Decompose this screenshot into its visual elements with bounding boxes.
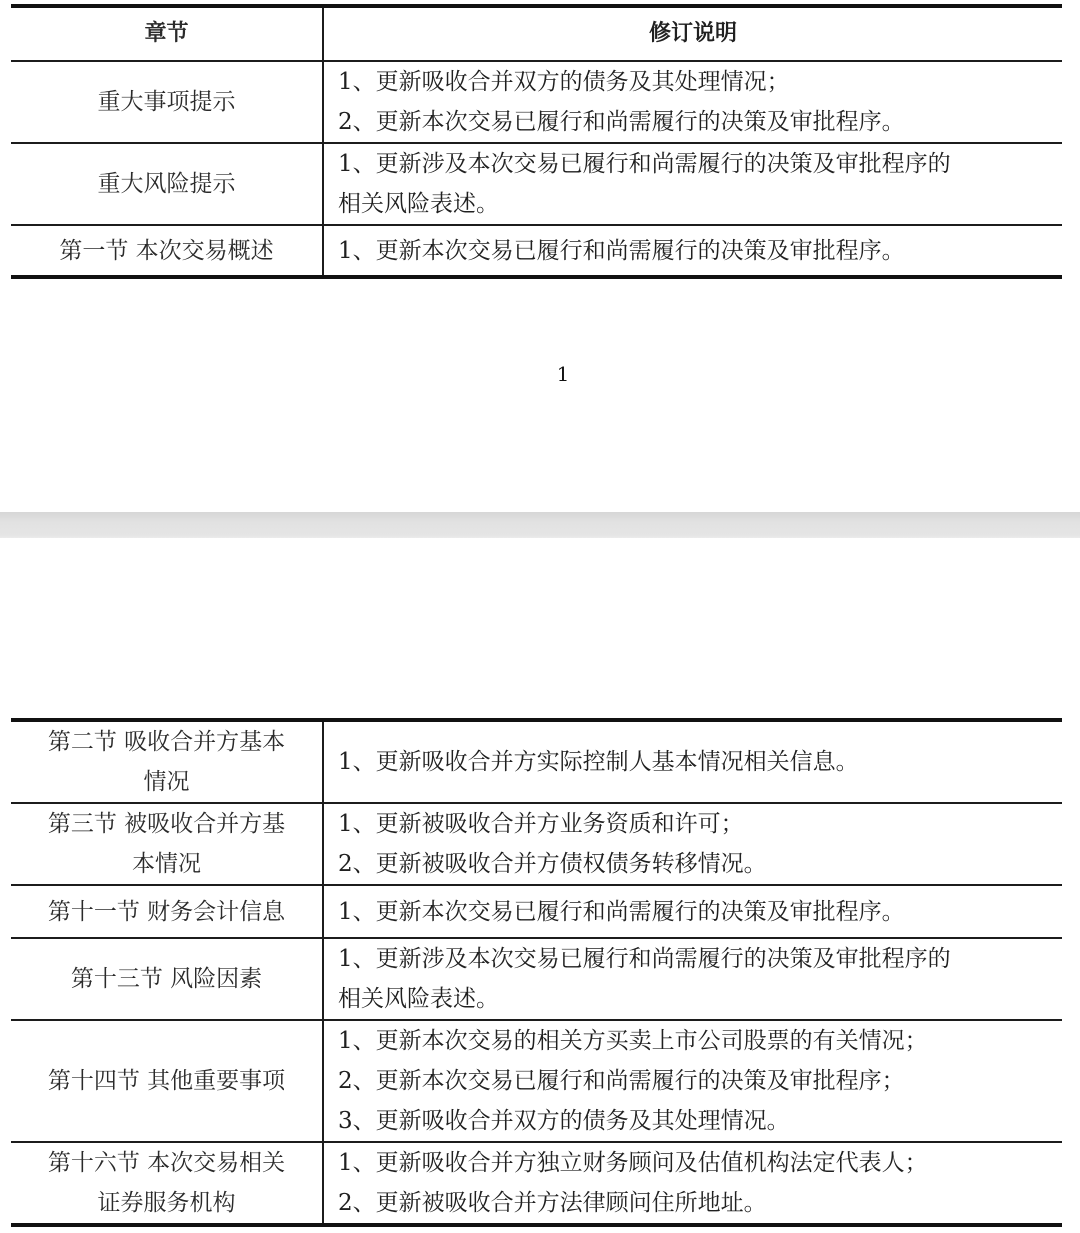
section-cell: 第一节 本次交易概述 xyxy=(11,225,323,277)
table-row: 重大风险提示 1、更新涉及本次交易已履行和尚需履行的决策及审批程序的 相关风险表… xyxy=(11,143,1062,225)
section-cell: 第十一节 财务会计信息 xyxy=(11,885,323,938)
section-label: 重大事项提示 xyxy=(25,82,308,122)
section-label: 第十三节 风险因素 xyxy=(25,959,308,999)
revision-item: 3、更新吸收合并双方的债务及其处理情况。 xyxy=(338,1101,1062,1141)
table-row: 第十三节 风险因素 1、更新涉及本次交易已履行和尚需履行的决策及审批程序的 相关… xyxy=(11,938,1062,1020)
revision-item: 1、更新吸收合并方实际控制人基本情况相关信息。 xyxy=(338,742,1062,782)
section-label: 第十六节 本次交易相关 xyxy=(25,1143,308,1183)
revision-item: 相关风险表述。 xyxy=(338,979,1062,1019)
table-row: 第二节 吸收合并方基本 情况 1、更新吸收合并方实际控制人基本情况相关信息。 xyxy=(11,720,1062,803)
section-label: 第二节 吸收合并方基本 xyxy=(25,722,308,762)
revision-table-part-1: 章节 修订说明 重大事项提示 1、更新吸收合并双方的债务及其处理情况； 2、更新… xyxy=(11,4,1062,279)
section-label: 重大风险提示 xyxy=(25,164,308,204)
section-cell: 第十六节 本次交易相关 证券服务机构 xyxy=(11,1142,323,1225)
description-cell: 1、更新本次交易的相关方买卖上市公司股票的有关情况； 2、更新本次交易已履行和尚… xyxy=(323,1020,1062,1142)
section-label: 第十四节 其他重要事项 xyxy=(25,1061,308,1101)
description-cell: 1、更新吸收合并双方的债务及其处理情况； 2、更新本次交易已履行和尚需履行的决策… xyxy=(323,61,1062,143)
revision-item: 1、更新本次交易已履行和尚需履行的决策及审批程序。 xyxy=(338,892,1062,932)
revision-item: 2、更新本次交易已履行和尚需履行的决策及审批程序。 xyxy=(338,102,1062,142)
description-cell: 1、更新本次交易已履行和尚需履行的决策及审批程序。 xyxy=(323,885,1062,938)
section-cell: 重大风险提示 xyxy=(11,143,323,225)
document-page-1: 章节 修订说明 重大事项提示 1、更新吸收合并双方的债务及其处理情况； 2、更新… xyxy=(0,0,1080,512)
section-label: 本情况 xyxy=(25,844,308,884)
revision-item: 2、更新被吸收合并方债权债务转移情况。 xyxy=(338,844,1062,884)
table-row: 第十一节 财务会计信息 1、更新本次交易已履行和尚需履行的决策及审批程序。 xyxy=(11,885,1062,938)
section-cell: 重大事项提示 xyxy=(11,61,323,143)
revision-item: 2、更新本次交易已履行和尚需履行的决策及审批程序； xyxy=(338,1061,1062,1101)
table-row: 第一节 本次交易概述 1、更新本次交易已履行和尚需履行的决策及审批程序。 xyxy=(11,225,1062,277)
revision-table-part-2: 第二节 吸收合并方基本 情况 1、更新吸收合并方实际控制人基本情况相关信息。 第… xyxy=(11,718,1062,1227)
revision-item: 1、更新吸收合并方独立财务顾问及估值机构法定代表人； xyxy=(338,1143,1062,1183)
section-label: 第十一节 财务会计信息 xyxy=(25,892,308,932)
revision-item: 1、更新本次交易已履行和尚需履行的决策及审批程序。 xyxy=(338,231,1062,271)
table-header-row: 章节 修订说明 xyxy=(11,6,1062,61)
page-number: 1 xyxy=(0,362,1080,386)
section-cell: 第十四节 其他重要事项 xyxy=(11,1020,323,1142)
description-cell: 1、更新涉及本次交易已履行和尚需履行的决策及审批程序的 相关风险表述。 xyxy=(323,143,1062,225)
description-cell: 1、更新吸收合并方实际控制人基本情况相关信息。 xyxy=(323,720,1062,803)
column-header-section: 章节 xyxy=(11,6,323,61)
description-cell: 1、更新涉及本次交易已履行和尚需履行的决策及审批程序的 相关风险表述。 xyxy=(323,938,1062,1020)
table-row: 第三节 被吸收合并方基 本情况 1、更新被吸收合并方业务资质和许可； 2、更新被… xyxy=(11,803,1062,885)
revision-item: 1、更新涉及本次交易已履行和尚需履行的决策及审批程序的 xyxy=(338,144,1062,184)
description-cell: 1、更新吸收合并方独立财务顾问及估值机构法定代表人； 2、更新被吸收合并方法律顾… xyxy=(323,1142,1062,1225)
table-row: 重大事项提示 1、更新吸收合并双方的债务及其处理情况； 2、更新本次交易已履行和… xyxy=(11,61,1062,143)
section-cell: 第二节 吸收合并方基本 情况 xyxy=(11,720,323,803)
section-cell: 第十三节 风险因素 xyxy=(11,938,323,1020)
section-label: 第一节 本次交易概述 xyxy=(25,231,308,271)
section-label: 第三节 被吸收合并方基 xyxy=(25,804,308,844)
section-label: 证券服务机构 xyxy=(25,1183,308,1223)
revision-item: 2、更新被吸收合并方法律顾问住所地址。 xyxy=(338,1183,1062,1223)
column-header-description: 修订说明 xyxy=(323,6,1062,61)
table-row: 第十六节 本次交易相关 证券服务机构 1、更新吸收合并方独立财务顾问及估值机构法… xyxy=(11,1142,1062,1225)
section-label: 情况 xyxy=(25,762,308,802)
description-cell: 1、更新被吸收合并方业务资质和许可； 2、更新被吸收合并方债权债务转移情况。 xyxy=(323,803,1062,885)
page-separator xyxy=(0,512,1080,538)
section-cell: 第三节 被吸收合并方基 本情况 xyxy=(11,803,323,885)
revision-item: 1、更新本次交易的相关方买卖上市公司股票的有关情况； xyxy=(338,1021,1062,1061)
revision-item: 1、更新吸收合并双方的债务及其处理情况； xyxy=(338,62,1062,102)
revision-item: 1、更新被吸收合并方业务资质和许可； xyxy=(338,804,1062,844)
description-cell: 1、更新本次交易已履行和尚需履行的决策及审批程序。 xyxy=(323,225,1062,277)
revision-item: 1、更新涉及本次交易已履行和尚需履行的决策及审批程序的 xyxy=(338,939,1062,979)
table-row: 第十四节 其他重要事项 1、更新本次交易的相关方买卖上市公司股票的有关情况； 2… xyxy=(11,1020,1062,1142)
revision-item: 相关风险表述。 xyxy=(338,184,1062,224)
